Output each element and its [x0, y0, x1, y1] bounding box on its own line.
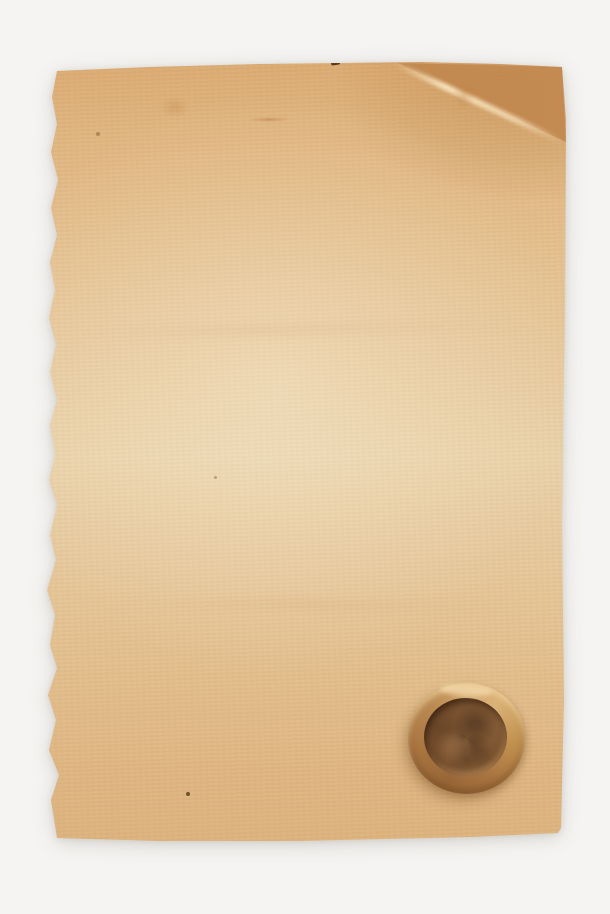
paper-stain	[452, 80, 476, 110]
paper-speck	[186, 792, 190, 796]
paper-speck	[331, 60, 340, 65]
wax-seal-center	[424, 698, 507, 776]
paper-scratch	[250, 118, 288, 121]
paper-shadow-wrap	[0, 0, 610, 914]
parchment-paper	[0, 0, 610, 914]
folded-corner	[0, 0, 610, 914]
paper-crease	[70, 321, 540, 338]
paper-stain	[160, 96, 190, 118]
paper-speck	[96, 132, 100, 136]
photo-canvas	[0, 0, 610, 914]
wax-seal-highlight	[440, 683, 493, 698]
wax-seal	[408, 683, 525, 794]
paper-crease	[80, 598, 540, 612]
paper-speck	[214, 476, 217, 479]
